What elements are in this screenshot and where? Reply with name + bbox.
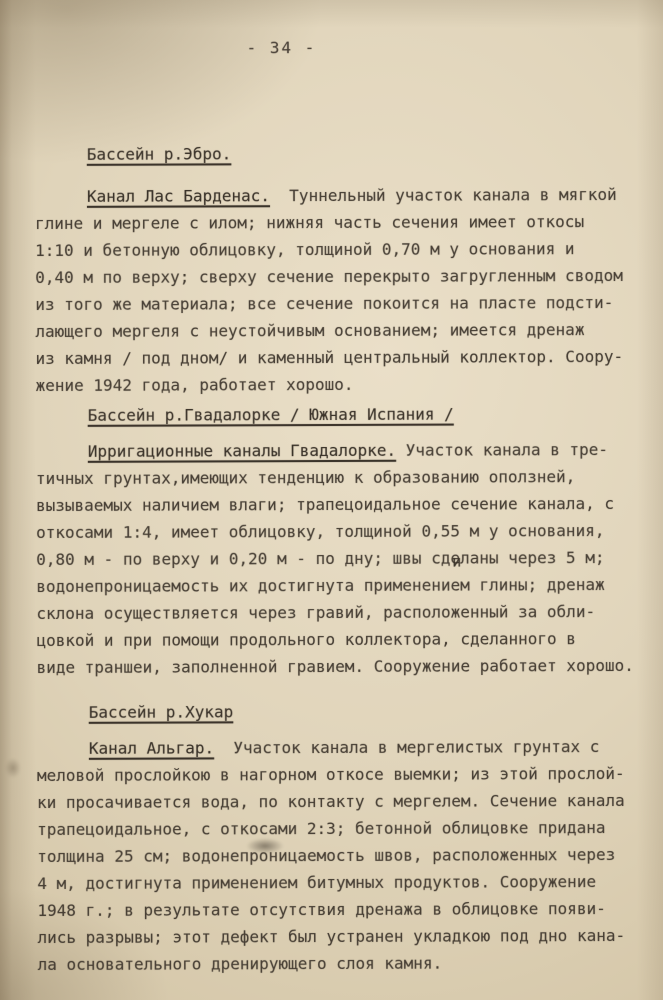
scanned-page: - 34 - Бассейн р.Эбро. Канал Лас Бардена…: [0, 0, 663, 1000]
paragraph-line-rest: Участок канала в тре-: [396, 440, 608, 460]
paragraph-line: виде траншеи, заполненной гравием. Соору…: [37, 652, 649, 681]
section-heading: Бассейн р.Гвадалорке / Южная Испания /: [36, 400, 648, 429]
paragraph-line: толщина 25 см; водонепроницаемость швов,…: [37, 841, 649, 870]
paragraph-line: трапецоидальное, с откосами 2:3; бетонно…: [37, 814, 649, 843]
paragraph-lead: Канал Лас Барденас.: [87, 186, 270, 206]
paragraph-line: водонепроницаемость их достигнута примен…: [36, 571, 648, 600]
paragraph-line-rest: Участок канала в мергелистых грунтах с: [214, 737, 599, 757]
paragraph-line: жение 1942 года, работает хорошо.: [36, 370, 648, 399]
paragraph-lead: Канал Альгар.: [89, 738, 214, 757]
paragraph-line: ла основательного дренирующего слоя камн…: [38, 949, 650, 978]
paragraph-line: тичных грунтах,имеющих тенденцию к образ…: [36, 463, 648, 492]
section-heading: Бассейн р.Хукар: [37, 697, 649, 726]
paper-speck: [5, 758, 21, 778]
ink-smudge: [246, 838, 284, 854]
section-basin-ebro: Бассейн р.Эбро. Канал Лас Барденас. Тунн…: [35, 139, 648, 399]
paragraph-line: лись разрывы; этот дефект был устранен у…: [37, 922, 649, 951]
paragraph-line: склона осуществляется через гравий, расп…: [36, 598, 648, 627]
paragraph-line: лающего мергеля с неустойчивым основание…: [35, 316, 647, 345]
page-number: - 34 -: [0, 37, 564, 58]
paragraph-line: 1948 г.; в результате отсутствия дренажа…: [37, 895, 649, 924]
paragraph-line: цовкой и при помощи продольного коллекто…: [36, 625, 648, 654]
paragraph-line: Канал Альгар. Участок канала в мергелист…: [37, 733, 649, 762]
paragraph-line: вызываемых наличием влаги; трапецоидальн…: [36, 490, 648, 519]
paragraph-line: 0,80 м - по верху и 0,20 м - по дну; швы…: [36, 544, 648, 573]
paragraph: Ирригационные каналы Гвадалорке. Участок…: [36, 436, 649, 681]
paragraph-line: Канал Лас Барденас. Туннельный участок к…: [35, 181, 647, 210]
section-heading: Бассейн р.Эбро.: [35, 139, 647, 168]
paragraph-line: из того же материала; все сечение покоит…: [35, 289, 647, 318]
paragraph-line: Ирригационные каналы Гвадалорке. Участок…: [36, 436, 648, 465]
section-basin-jucar: Бассейн р.Хукар Канал Альгар. Участок ка…: [37, 697, 650, 978]
paragraph-line: 0,40 м по верху; сверху сечение перекрыт…: [35, 262, 647, 291]
paragraph-line: меловой прослойкою в нагорном откосе вые…: [37, 760, 649, 789]
paragraph-line: глине и мергеле с илом; нижняя часть сеч…: [35, 208, 647, 237]
section-basin-guadalorce: Бассейн р.Гвадалорке / Южная Испания / И…: [36, 400, 649, 681]
paragraph-line: из камня / под дном/ и каменный централь…: [35, 343, 647, 372]
paragraph: Канал Лас Барденас. Туннельный участок к…: [35, 181, 648, 399]
typed-correction-char: и: [452, 553, 461, 571]
paragraph-line-rest: Туннельный участок канала в мягкой: [270, 185, 617, 205]
paragraph-line: откосами 1:4, имеет облицовку, толщиной …: [36, 517, 648, 546]
paragraph-line: ки просачивается вода, по контакту с мер…: [37, 787, 649, 816]
paragraph: Канал Альгар. Участок канала в мергелист…: [37, 733, 650, 978]
paragraph-lead: Ирригационные каналы Гвадалорке.: [88, 441, 396, 461]
paragraph-line: 1:10 и бетонную облицовку, толщиной 0,70…: [35, 235, 647, 264]
document-content: - 34 - Бассейн р.Эбро. Канал Лас Бардена…: [0, 0, 663, 1000]
paragraph-line: 4 м, достигнута применением битумных про…: [37, 868, 649, 897]
